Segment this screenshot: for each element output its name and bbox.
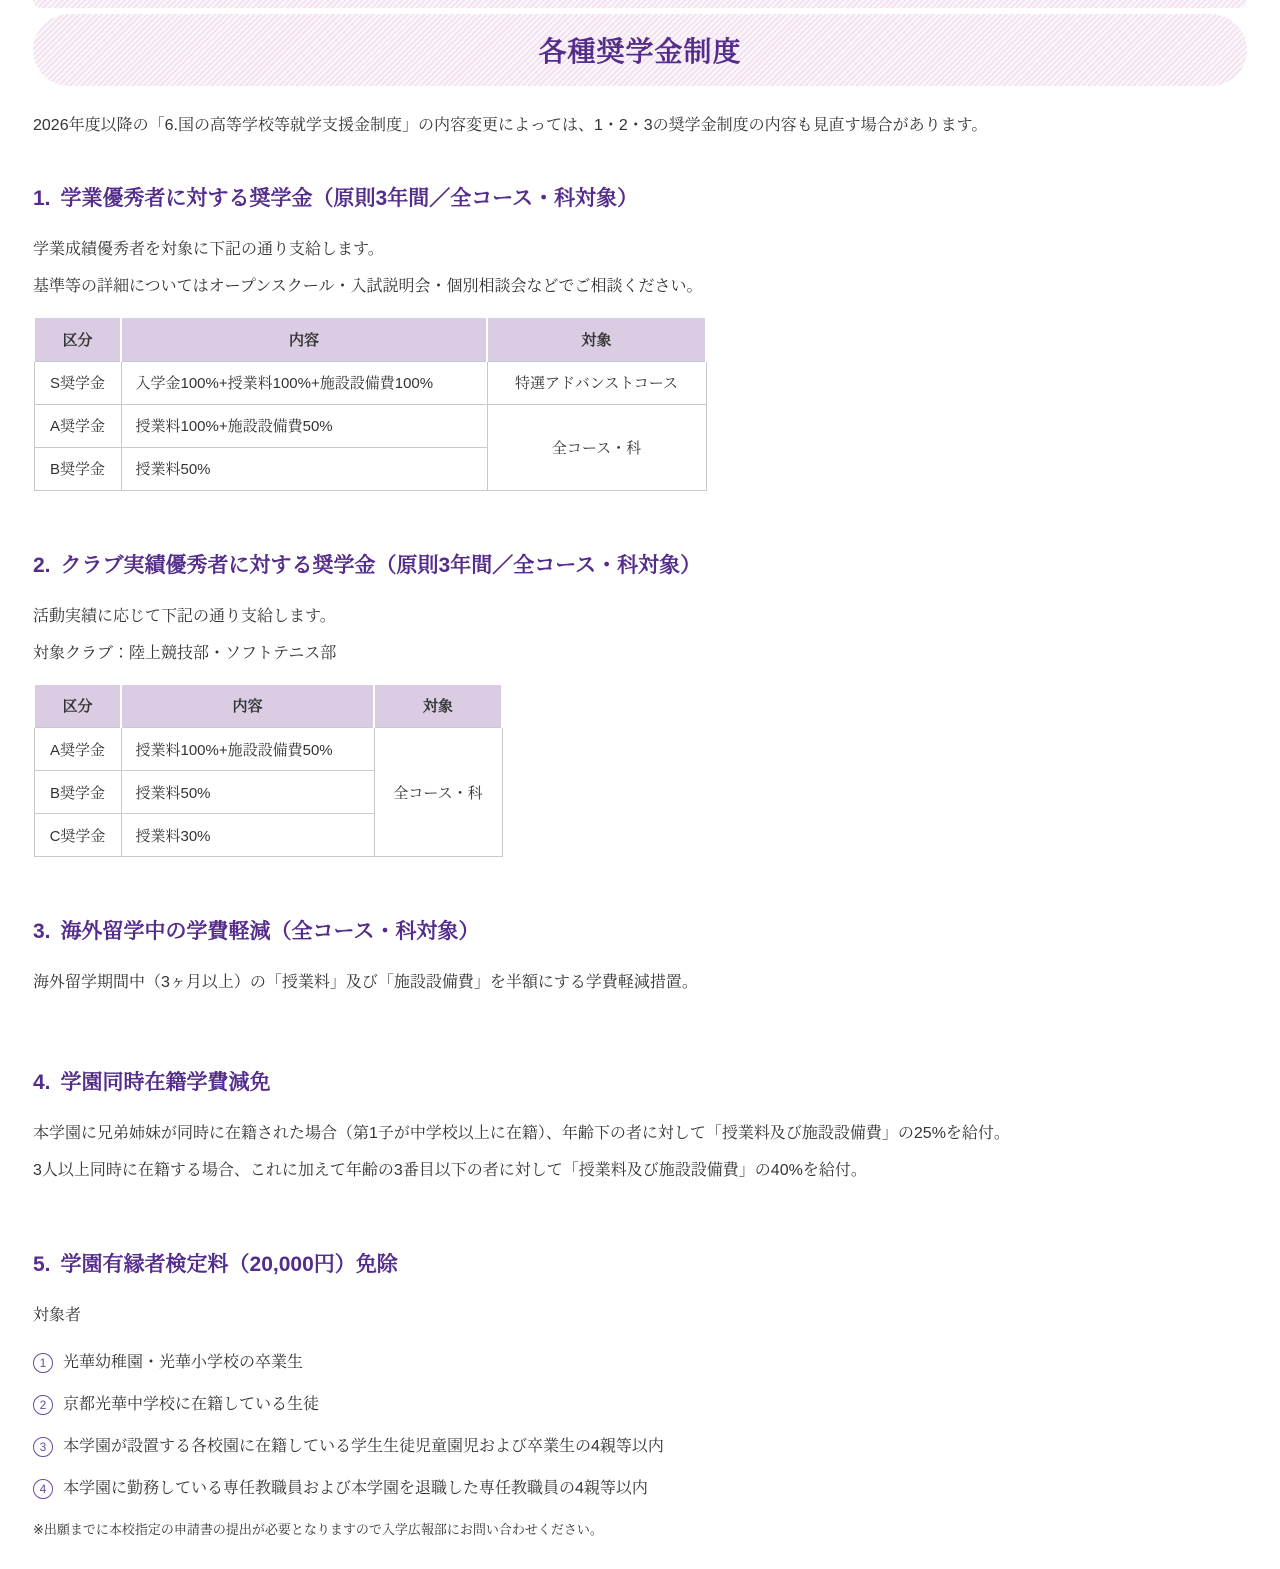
table-header-row: 区分 内容 対象 xyxy=(34,317,706,361)
cell-target-merged: 全コース・科 xyxy=(487,404,706,490)
section-number: 3. xyxy=(33,920,51,943)
column-header-content: 内容 xyxy=(121,317,487,361)
section-club-scholarship: 2.クラブ実績優秀者に対する奨学金（原則3年間／全コース・科対象） 活動実績に応… xyxy=(33,551,1247,858)
section-heading-text: クラブ実績優秀者に対する奨学金（原則3年間／全コース・科対象） xyxy=(61,554,702,577)
section-heading-text: 学業優秀者に対する奨学金（原則3年間／全コース・科対象） xyxy=(61,187,639,210)
list-item: 3 本学園が設置する各校園に在籍している学生生徒児童園児および卒業生の4親等以内 xyxy=(33,1436,1247,1458)
column-header-category: 区分 xyxy=(34,317,121,361)
cell-content: 授業料50% xyxy=(121,771,374,814)
list-item-text: 光華幼稚園・光華小学校の卒業生 xyxy=(63,1352,303,1374)
section-exam-fee-exemption: 5.学園有縁者検定料（20,000円）免除 対象者 1 光華幼稚園・光華小学校の… xyxy=(33,1250,1247,1539)
cell-content: 授業料30% xyxy=(121,814,374,857)
top-striped-strip xyxy=(33,0,1247,8)
club-scholarship-table: 区分 内容 対象 A奨学金 授業料100%+施設設備費50% 全コース・科 B奨… xyxy=(33,683,503,858)
academic-scholarship-table: 区分 内容 対象 S奨学金 入学金100%+授業料100%+施設設備費100% … xyxy=(33,316,707,491)
column-header-category: 区分 xyxy=(34,684,121,728)
cell-category: C奨学金 xyxy=(34,814,121,857)
column-header-target: 対象 xyxy=(374,684,502,728)
cell-category: A奨学金 xyxy=(34,728,121,771)
section-heading: 1.学業優秀者に対する奨学金（原則3年間／全コース・科対象） xyxy=(33,184,1247,214)
section-sibling-enrollment-reduction: 4.学園同時在籍学費減免 本学園に兄弟姉妹が同時に在籍された場合（第1子が中学校… xyxy=(33,1068,1247,1182)
section-academic-scholarship: 1.学業優秀者に対する奨学金（原則3年間／全コース・科対象） 学業成績優秀者を対… xyxy=(33,184,1247,491)
cell-target: 特選アドバンストコース xyxy=(487,361,706,404)
section-paragraph: 海外留学期間中（3ヶ月以上）の「授業料」及び「施設設備費」を半額にする学費軽減措… xyxy=(33,971,1247,994)
section-number: 4. xyxy=(33,1071,51,1094)
table-header-row: 区分 内容 対象 xyxy=(34,684,502,728)
column-header-content: 内容 xyxy=(121,684,374,728)
column-header-target: 対象 xyxy=(487,317,706,361)
table-row: A奨学金 授業料100%+施設設備費50% 全コース・科 xyxy=(34,404,706,447)
intro-note: 2026年度以降の「6.国の高等学校等就学支援金制度」の内容変更によっては、1・… xyxy=(33,114,1247,138)
circled-number-icon: 2 xyxy=(33,1395,53,1415)
section-heading-text: 学園有縁者検定料（20,000円）免除 xyxy=(61,1253,398,1276)
cell-category: S奨学金 xyxy=(34,361,121,404)
section-paragraph: 本学園に兄弟姉妹が同時に在籍された場合（第1子が中学校以上に在籍）、年齢下の者に… xyxy=(33,1122,1247,1145)
section-heading-text: 海外留学中の学費軽減（全コース・科対象） xyxy=(61,920,480,943)
cell-content: 授業料100%+施設設備費50% xyxy=(121,728,374,771)
eligible-persons-label: 対象者 xyxy=(33,1304,1247,1327)
section-paragraph: 活動実績に応じて下記の通り支給します。 xyxy=(33,605,1247,628)
section-paragraph: 対象クラブ：陸上競技部・ソフトテニス部 xyxy=(33,642,1247,665)
cell-target-merged: 全コース・科 xyxy=(374,728,502,857)
section-heading-text: 学園同時在籍学費減免 xyxy=(61,1071,271,1094)
section-heading: 5.学園有縁者検定料（20,000円）免除 xyxy=(33,1250,1247,1280)
section-number: 5. xyxy=(33,1253,51,1276)
section-number: 1. xyxy=(33,187,51,210)
page-title-banner: 各種奨学金制度 xyxy=(33,14,1247,86)
page-title: 各種奨学金制度 xyxy=(538,30,741,70)
table-row: S奨学金 入学金100%+授業料100%+施設設備費100% 特選アドバンストコ… xyxy=(34,361,706,404)
cell-content: 授業料50% xyxy=(121,447,487,490)
application-note: ※出願までに本校指定の申請書の提出が必要となりますので入学広報部にお問い合わせく… xyxy=(33,1520,1247,1539)
section-heading: 4.学園同時在籍学費減免 xyxy=(33,1068,1247,1098)
cell-content: 入学金100%+授業料100%+施設設備費100% xyxy=(121,361,487,404)
list-item: 4 本学園に勤務している専任教職員および本学園を退職した専任教職員の4親等以内 xyxy=(33,1478,1247,1500)
eligible-persons-list: 1 光華幼稚園・光華小学校の卒業生 2 京都光華中学校に在籍している生徒 3 本… xyxy=(33,1352,1247,1500)
section-paragraph: 学業成績優秀者を対象に下記の通り支給します。 xyxy=(33,238,1247,261)
cell-category: B奨学金 xyxy=(34,771,121,814)
section-paragraph: 基準等の詳細についてはオープンスクール・入試説明会・個別相談会などでご相談くださ… xyxy=(33,275,1247,298)
table-row: A奨学金 授業料100%+施設設備費50% 全コース・科 xyxy=(34,728,502,771)
list-item-text: 本学園が設置する各校園に在籍している学生生徒児童園児および卒業生の4親等以内 xyxy=(63,1436,664,1458)
circled-number-icon: 3 xyxy=(33,1437,53,1457)
cell-category: A奨学金 xyxy=(34,404,121,447)
list-item: 1 光華幼稚園・光華小学校の卒業生 xyxy=(33,1352,1247,1374)
section-heading: 2.クラブ実績優秀者に対する奨学金（原則3年間／全コース・科対象） xyxy=(33,551,1247,581)
list-item-text: 本学園に勤務している専任教職員および本学園を退職した専任教職員の4親等以内 xyxy=(63,1478,648,1500)
cell-content: 授業料100%+施設設備費50% xyxy=(121,404,487,447)
section-paragraph: 3人以上同時に在籍する場合、これに加えて年齢の3番目以下の者に対して「授業料及び… xyxy=(33,1159,1247,1182)
section-heading: 3.海外留学中の学費軽減（全コース・科対象） xyxy=(33,917,1247,947)
list-item-text: 京都光華中学校に在籍している生徒 xyxy=(63,1394,319,1416)
list-item: 2 京都光華中学校に在籍している生徒 xyxy=(33,1394,1247,1416)
section-study-abroad-reduction: 3.海外留学中の学費軽減（全コース・科対象） 海外留学期間中（3ヶ月以上）の「授… xyxy=(33,917,1247,994)
section-number: 2. xyxy=(33,554,51,577)
cell-category: B奨学金 xyxy=(34,447,121,490)
circled-number-icon: 1 xyxy=(33,1353,53,1373)
circled-number-icon: 4 xyxy=(33,1479,53,1499)
